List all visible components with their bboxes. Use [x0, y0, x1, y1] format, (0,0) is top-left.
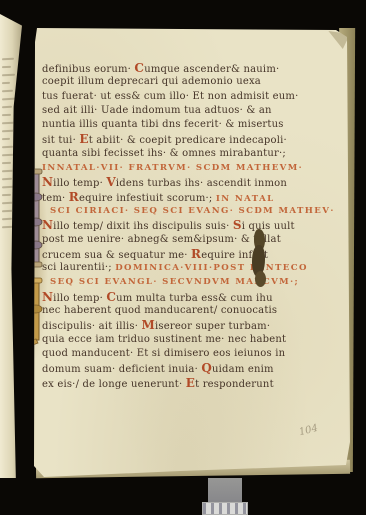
manuscript-line-16: SEQ SCI EVANGL· SECVNDVM MARCVM·; — [42, 275, 308, 289]
bleed-through-line-20 — [2, 210, 14, 213]
manuscript-line-18: nec haberent quod manducarent/ conuocati… — [42, 304, 308, 318]
bleed-through-line-5 — [2, 90, 13, 93]
manuscript-line-3: tus fuerat· ut ess& cum illo· Et non adm… — [42, 90, 308, 104]
manuscript-line-10: tem· Require infestiuit scorum·; IN NATA… — [42, 190, 308, 204]
manuscript-line-1: definibus eorum· Cumque ascender& nauim· — [42, 61, 308, 75]
manuscript-line-14: crucem sua & sequatur me· Require infest — [42, 247, 308, 261]
manuscript-line-21: quod manducent· Et si dimisero eos ieiun… — [42, 347, 308, 361]
bleed-through-line-1 — [2, 58, 14, 61]
facing-page-edge — [0, 14, 22, 478]
manuscript-line-17: Nillo temp· Cum multa turba ess& cum ihu — [42, 290, 308, 304]
bleed-through-line-6 — [2, 98, 16, 101]
bleed-through-line-17 — [2, 186, 16, 189]
manuscript-line-6: sit tui· Et abiit· & coepit predicare in… — [42, 132, 308, 146]
bleed-through-line-8 — [2, 114, 11, 116]
bleed-through-line-21 — [2, 218, 12, 221]
bleed-through-line-11 — [2, 138, 10, 140]
bleed-through-line-10 — [2, 130, 14, 133]
manuscript-line-7: quanta sibi fecisset ihs· & omnes miraba… — [42, 147, 308, 161]
manuscript-page: definibus eorum· Cumque ascender& nauim·… — [0, 0, 366, 515]
bleed-through-line-16 — [2, 178, 12, 181]
manuscript-line-4: sed ait illi· Uade indomum tua adtuos· &… — [42, 104, 308, 118]
manuscript-line-8: INNATAL·VII· FRATRVM· SCDM MATHEVM· — [42, 161, 308, 175]
manuscript-line-23: ex eis·/ de longe uenerunt· Et responder… — [42, 376, 308, 390]
bleed-through-line-9 — [2, 122, 15, 125]
photo-frame: definibus eorum· Cumque ascender& nauim·… — [0, 0, 366, 515]
bleed-through-line-22 — [2, 226, 15, 229]
manuscript-line-20: quia ecce iam triduo sustinent me· nec h… — [42, 333, 308, 347]
manuscript-line-13: post me uenire· abneg& sem&ipsum· & toll… — [42, 233, 308, 247]
bleed-through-line-19 — [2, 202, 13, 205]
bleed-through-line-18 — [2, 194, 11, 196]
bleed-through-line-14 — [2, 162, 11, 164]
manuscript-line-19: discipulis· ait illis· Misereor super tu… — [42, 318, 308, 332]
bleed-through-line-12 — [2, 146, 13, 149]
page-holder-clip-base — [202, 502, 248, 515]
bleed-through-line-15 — [2, 170, 14, 173]
manuscript-line-15: sci laurentii·; DOMINICA·VIII·POST PENTE… — [42, 261, 308, 275]
decorated-initial-silver-I-icon — [28, 167, 44, 269]
ink-stain — [251, 229, 267, 287]
folio-number: 104 — [298, 423, 319, 438]
page-holder-clip-tab — [208, 478, 242, 504]
bleed-through-line-13 — [2, 154, 15, 157]
bleed-through-line-4 — [2, 82, 10, 84]
bleed-through-line-7 — [2, 106, 12, 109]
manuscript-line-2: coepit illum deprecari qui ademonio uexa — [42, 75, 308, 89]
text-block: definibus eorum· Cumque ascender& nauim·… — [42, 61, 308, 390]
manuscript-line-9: Nillo temp· Videns turbas ihs· ascendit … — [42, 175, 308, 189]
manuscript-line-12: Nillo temp/ dixit ihs discipulis suis· S… — [42, 218, 308, 232]
bleed-through-line-3 — [2, 74, 15, 77]
decorated-initial-gold-I-icon — [25, 277, 45, 347]
manuscript-line-11: SCI CIRIACI· SEQ SCI EVANG· SCDM MATHEV· — [42, 204, 308, 218]
manuscript-line-5: nuntia illis quanta tibi dns fecerit· & … — [42, 118, 308, 132]
bleed-through-line-2 — [2, 66, 11, 68]
manuscript-line-22: domum suam· deficient inuia· Quidam enim — [42, 361, 308, 375]
